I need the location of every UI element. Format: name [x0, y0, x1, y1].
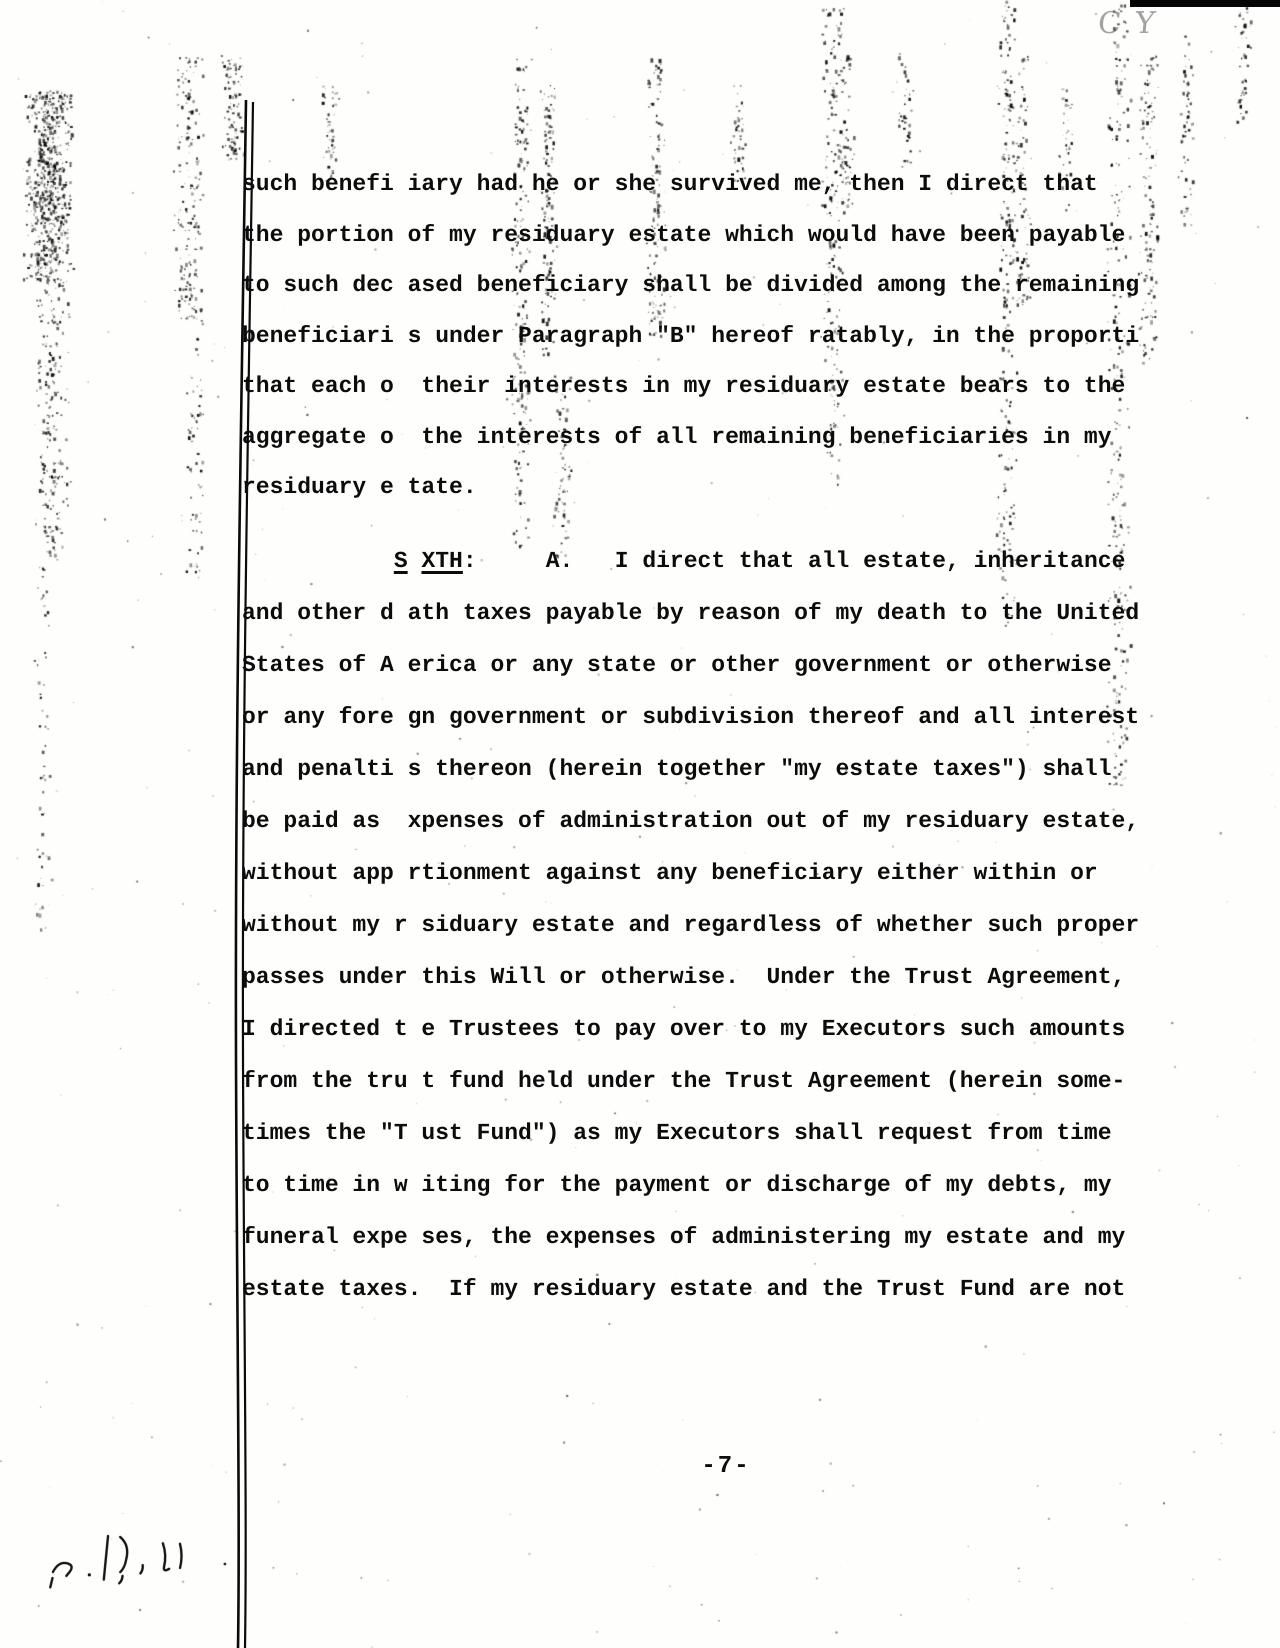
text-line: and other d ath taxes payable by reason … [242, 587, 1139, 639]
text-line: to time in w iting for the payment or di… [242, 1159, 1139, 1211]
page-number: -7- [666, 1453, 786, 1480]
text-line: from the tru t fund held under the Trust… [242, 1055, 1139, 1107]
text-line: funeral expe ses, the expenses of admini… [242, 1211, 1139, 1263]
text-line: aggregate o the interests of all remaini… [242, 412, 1139, 463]
text-line: passes under this Will or otherwise. Und… [242, 951, 1139, 1003]
document-page: CY such benefi iary had he or she surviv… [0, 0, 1280, 1648]
text-line: to such dec ased beneficiary shall be di… [242, 260, 1139, 311]
text-line: and penalti s thereon (herein together "… [242, 743, 1139, 795]
text-line: be paid as xpenses of administration out… [242, 795, 1139, 847]
handwritten-annotation [42, 1515, 247, 1598]
text-line: times the "T ust Fund") as my Executors … [242, 1107, 1139, 1159]
text-line: the portion of my residuary estate which… [242, 210, 1139, 261]
text-line: States of A erica or any state or other … [242, 639, 1139, 691]
text-line: that each o their interests in my residu… [242, 361, 1139, 412]
text-line: estate taxes. If my residuary estate and… [242, 1263, 1139, 1315]
text-line: without app rtionment against any benefi… [242, 847, 1139, 899]
paragraph-sixth-article: S XTH: A. I direct that all estate, inhe… [242, 535, 1139, 1315]
text-line: such benefi iary had he or she survived … [242, 159, 1139, 210]
text-line: I directed t e Trustees to pay over to m… [242, 1003, 1139, 1055]
faint-stamp-mark: CY [1096, 6, 1170, 41]
text-line: residuary e tate. [242, 462, 1139, 513]
text-line: beneficiari s under Paragraph "B" hereof… [242, 311, 1139, 362]
text-line: without my r siduary estate and regardle… [242, 899, 1139, 951]
text-line: S XTH: A. I direct that all estate, inhe… [242, 535, 1139, 587]
text-line: or any fore gn government or subdivision… [242, 691, 1139, 743]
paragraph-residuary-estate: such benefi iary had he or she survived … [242, 159, 1139, 513]
